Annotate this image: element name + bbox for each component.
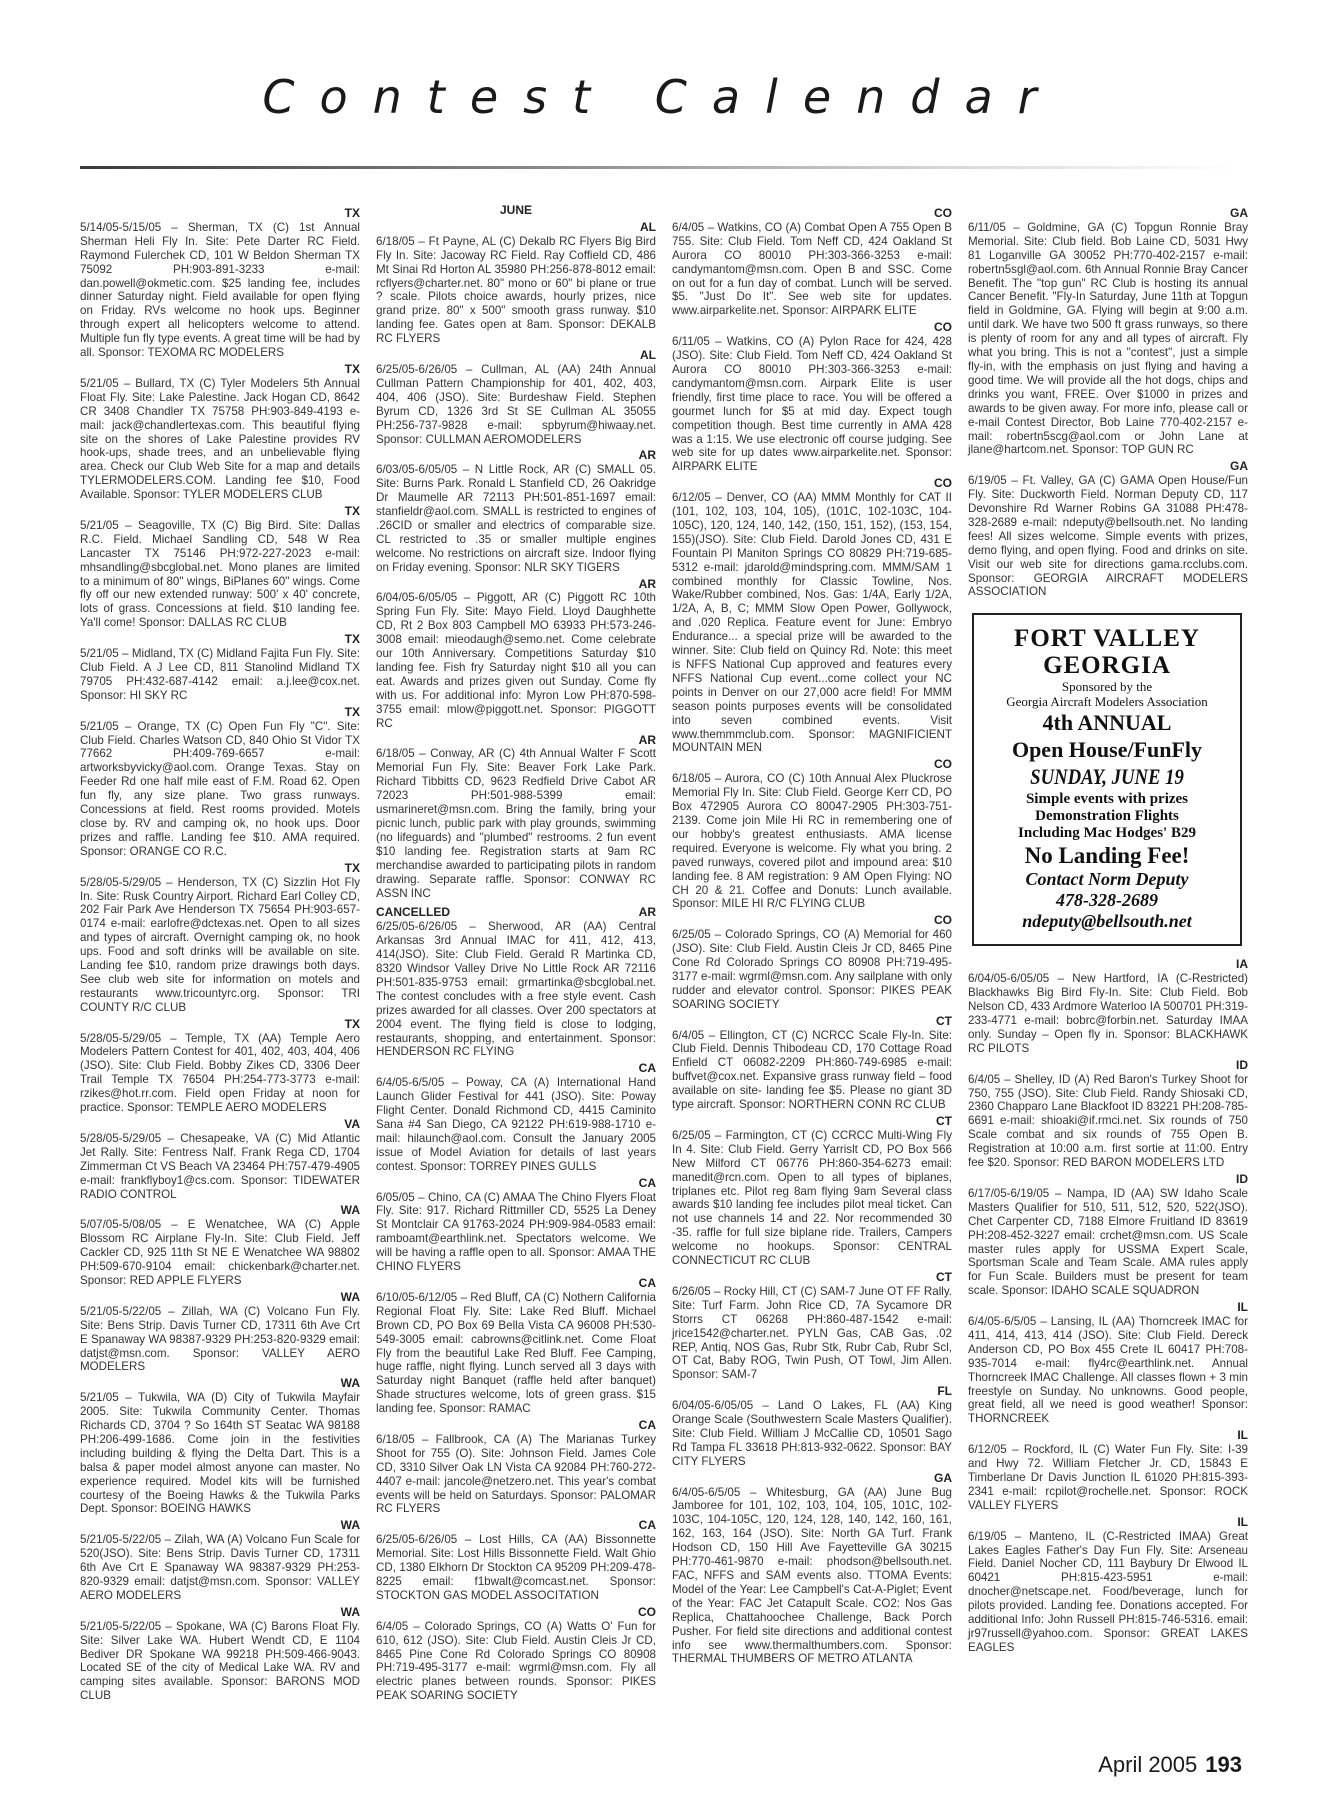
contest-entry: 5/14/05-5/15/05 – Sherman, TX (C) 1st An… bbox=[80, 221, 360, 360]
contest-entry: 6/17/05-6/19/05 – Nampa, ID (AA) SW Idah… bbox=[968, 1187, 1248, 1298]
state-label: IL bbox=[968, 1301, 1248, 1315]
state-label: CO bbox=[672, 914, 952, 928]
contest-entry: 6/04/05-6/05/05 – New Hartford, IA (C-Re… bbox=[968, 972, 1248, 1055]
cancelled-row: CANCELLED AR bbox=[376, 906, 656, 920]
month-heading: JUNE bbox=[376, 204, 656, 218]
state-label: TX bbox=[80, 633, 360, 647]
ad-feature: Including Mac Hodges' B29 bbox=[974, 825, 1240, 842]
contest-entry: 6/19/05 – Ft. Valley, GA (C) GAMA Open H… bbox=[968, 474, 1248, 599]
contest-entry: 6/4/05 – Shelley, ID (A) Red Baron's Tur… bbox=[968, 1073, 1248, 1170]
contest-entry: 6/25/05-6/26/05 – Cullman, AL (AA) 24th … bbox=[376, 363, 656, 446]
state-label: CO bbox=[672, 477, 952, 491]
state-label: CA bbox=[376, 1419, 656, 1433]
state-label: TX bbox=[80, 706, 360, 720]
contest-entry: 6/18/05 – Fallbrook, CA (A) The Marianas… bbox=[376, 1433, 656, 1516]
contest-entry: 5/21/05 – Seagoville, TX (C) Big Bird. S… bbox=[80, 519, 360, 630]
contest-entry: 5/21/05-5/22/05 – Spokane, WA (C) Barons… bbox=[80, 1620, 360, 1703]
state-label: CO bbox=[672, 758, 952, 772]
state-label: CT bbox=[672, 1115, 952, 1129]
state-label: ID bbox=[968, 1173, 1248, 1187]
state-label: IL bbox=[968, 1516, 1248, 1530]
page-title: Contest Calendar bbox=[0, 70, 1324, 124]
state-label: CA bbox=[376, 1519, 656, 1533]
contest-entry: 5/21/05 – Midland, TX (C) Midland Fajita… bbox=[80, 647, 360, 703]
calendar-columns: TX 5/14/05-5/15/05 – Sherman, TX (C) 1st… bbox=[80, 204, 1240, 1764]
ad-feature: Simple events with prizes bbox=[974, 791, 1240, 808]
ad-sponsor-name: Georgia Aircraft Modelers Association bbox=[974, 694, 1240, 709]
contest-entry: 6/4/05-6/5/05 – Whitesburg, GA (AA) June… bbox=[672, 1486, 952, 1667]
ad-phone: 478-328-2689 bbox=[974, 890, 1240, 911]
state-label: CO bbox=[672, 207, 952, 221]
state-label: CA bbox=[376, 1177, 656, 1191]
state-label: CT bbox=[672, 1271, 952, 1285]
state-label: IL bbox=[968, 1429, 1248, 1443]
state-label: TX bbox=[80, 363, 360, 377]
state-label: WA bbox=[80, 1377, 360, 1391]
contest-entry: 6/19/05 – Manteno, IL (C-Restricted IMAA… bbox=[968, 1530, 1248, 1655]
ad-annual: 4th ANNUAL bbox=[974, 709, 1240, 736]
contest-entry: 6/4/05 – Colorado Springs, CO (A) Watts … bbox=[376, 1620, 656, 1703]
contest-entry: 5/28/05-5/29/05 – Temple, TX (AA) Temple… bbox=[80, 1032, 360, 1115]
state-label: IA bbox=[968, 958, 1248, 972]
ad-date: SUNDAY, JUNE 19 bbox=[994, 763, 1220, 791]
state-label: AR bbox=[639, 906, 656, 920]
state-label: WA bbox=[80, 1204, 360, 1218]
state-label: CA bbox=[376, 1062, 656, 1076]
column-3: CO 6/4/05 – Watkins, CO (A) Combat Open … bbox=[672, 204, 952, 1666]
contest-entry: 6/18/05 – Ft Payne, AL (C) Dekalb RC Fly… bbox=[376, 235, 656, 346]
contest-entry: 6/11/05 – Watkins, CO (A) Pylon Race for… bbox=[672, 335, 952, 474]
contest-entry: 6/4/05-6/5/05 – Lansing, IL (AA) Thorncr… bbox=[968, 1315, 1248, 1426]
contest-entry: 6/04/05-6/05/05 – Piggott, AR (C) Piggot… bbox=[376, 591, 656, 730]
state-label: ID bbox=[968, 1059, 1248, 1073]
ad-contact: Contact Norm Deputy bbox=[974, 869, 1240, 890]
ad-feature: Demonstration Flights bbox=[974, 808, 1240, 825]
state-label: AL bbox=[376, 349, 656, 363]
contest-entry: 5/21/05-5/22/05 – Zilah, WA (A) Volcano … bbox=[80, 1533, 360, 1603]
issue-date: April 2005 bbox=[1098, 1752, 1197, 1777]
state-label: VA bbox=[80, 1118, 360, 1132]
contest-entry: 6/25/05 – Colorado Springs, CO (A) Memor… bbox=[672, 928, 952, 1011]
state-label: CO bbox=[376, 1606, 656, 1620]
ad-email: ndeputy@bellsouth.net bbox=[974, 911, 1240, 932]
contest-entry: 6/18/05 – Conway, AR (C) 4th Annual Walt… bbox=[376, 747, 656, 900]
state-label: AL bbox=[376, 221, 656, 235]
state-label: CA bbox=[376, 1277, 656, 1291]
ad-event-name: Open House/FunFly bbox=[974, 736, 1240, 763]
state-label: AR bbox=[376, 578, 656, 592]
contest-entry: 6/4/05 – Ellington, CT (C) NCRCC Scale F… bbox=[672, 1029, 952, 1112]
contest-entry: 5/21/05 – Tukwila, WA (D) City of Tukwil… bbox=[80, 1391, 360, 1516]
contest-entry: 5/21/05 – Orange, TX (C) Open Fun Fly "C… bbox=[80, 720, 360, 859]
contest-entry: 5/28/05-5/29/05 – Henderson, TX (C) Sizz… bbox=[80, 876, 360, 1015]
contest-entry: 6/03/05-6/05/05 – N Little Rock, AR (C) … bbox=[376, 463, 656, 574]
contest-entry: 6/25/05-6/26/05 – Sherwood, AR (AA) Cent… bbox=[376, 920, 656, 1059]
column-4: GA 6/11/05 – Goldmine, GA (C) Topgun Ron… bbox=[968, 204, 1248, 1655]
contest-entry: 5/21/05-5/22/05 – Zillah, WA (C) Volcano… bbox=[80, 1305, 360, 1375]
contest-entry: 6/12/05 – Rockford, IL (C) Water Fun Fly… bbox=[968, 1443, 1248, 1513]
contest-entry: 6/05/05 – Chino, CA (C) AMAA The Chino F… bbox=[376, 1191, 656, 1274]
state-label: GA bbox=[968, 460, 1248, 474]
state-label: AR bbox=[376, 449, 656, 463]
ad-headline: FORT VALLEY bbox=[974, 625, 1240, 652]
state-label: CT bbox=[672, 1015, 952, 1029]
contest-entry: 5/28/05-5/29/05 – Chesapeake, VA (C) Mid… bbox=[80, 1132, 360, 1202]
contest-entry: 6/11/05 – Goldmine, GA (C) Topgun Ronnie… bbox=[968, 221, 1248, 457]
cancelled-badge: CANCELLED bbox=[376, 906, 450, 920]
contest-entry: 6/26/05 – Rocky Hill, CT (C) SAM-7 June … bbox=[672, 1285, 952, 1382]
fort-valley-advertisement: FORT VALLEY GEORGIA Sponsored by the Geo… bbox=[972, 613, 1242, 946]
ad-headline: GEORGIA bbox=[974, 652, 1240, 679]
state-label: TX bbox=[80, 1018, 360, 1032]
state-label: GA bbox=[672, 1472, 952, 1486]
state-label: TX bbox=[80, 207, 360, 221]
contest-entry: 6/18/05 – Aurora, CO (C) 10th Annual Ale… bbox=[672, 772, 952, 911]
contest-entry: 5/07/05-5/08/05 – E Wenatchee, WA (C) Ap… bbox=[80, 1218, 360, 1288]
column-2: JUNE AL 6/18/05 – Ft Payne, AL (C) Dekal… bbox=[376, 204, 656, 1703]
state-label: WA bbox=[80, 1519, 360, 1533]
contest-entry: 6/4/05 – Watkins, CO (A) Combat Open A 7… bbox=[672, 221, 952, 318]
ad-sponsor-line: Sponsored by the bbox=[974, 679, 1240, 694]
state-label: AR bbox=[376, 734, 656, 748]
state-label: TX bbox=[80, 862, 360, 876]
contest-entry: 6/04/05-6/05/05 – Land O Lakes, FL (AA) … bbox=[672, 1399, 952, 1469]
state-label: TX bbox=[80, 505, 360, 519]
page-footer: April 2005193 bbox=[1098, 1752, 1242, 1778]
state-label: FL bbox=[672, 1385, 952, 1399]
contest-entry: 6/4/05-6/5/05 – Poway, CA (A) Internatio… bbox=[376, 1076, 656, 1173]
state-label: WA bbox=[80, 1291, 360, 1305]
contest-entry: 5/21/05 – Bullard, TX (C) Tyler Modelers… bbox=[80, 377, 360, 502]
state-label: GA bbox=[968, 207, 1248, 221]
state-label: CO bbox=[672, 321, 952, 335]
title-divider bbox=[80, 166, 1240, 169]
contest-entry: 6/25/05-6/26/05 – Lost Hills, CA (AA) Bi… bbox=[376, 1533, 656, 1603]
contest-entry: 6/25/05 – Farmington, CT (C) CCRCC Multi… bbox=[672, 1129, 952, 1268]
contest-entry: 6/10/05-6/12/05 – Red Bluff, CA (C) Noth… bbox=[376, 1291, 656, 1416]
column-1: TX 5/14/05-5/15/05 – Sherman, TX (C) 1st… bbox=[80, 204, 360, 1703]
ad-no-fee: No Landing Fee! bbox=[974, 842, 1240, 869]
contest-entry: 6/12/05 – Denver, CO (AA) MMM Monthly fo… bbox=[672, 491, 952, 755]
state-label: WA bbox=[80, 1606, 360, 1620]
page-number: 193 bbox=[1205, 1752, 1242, 1777]
